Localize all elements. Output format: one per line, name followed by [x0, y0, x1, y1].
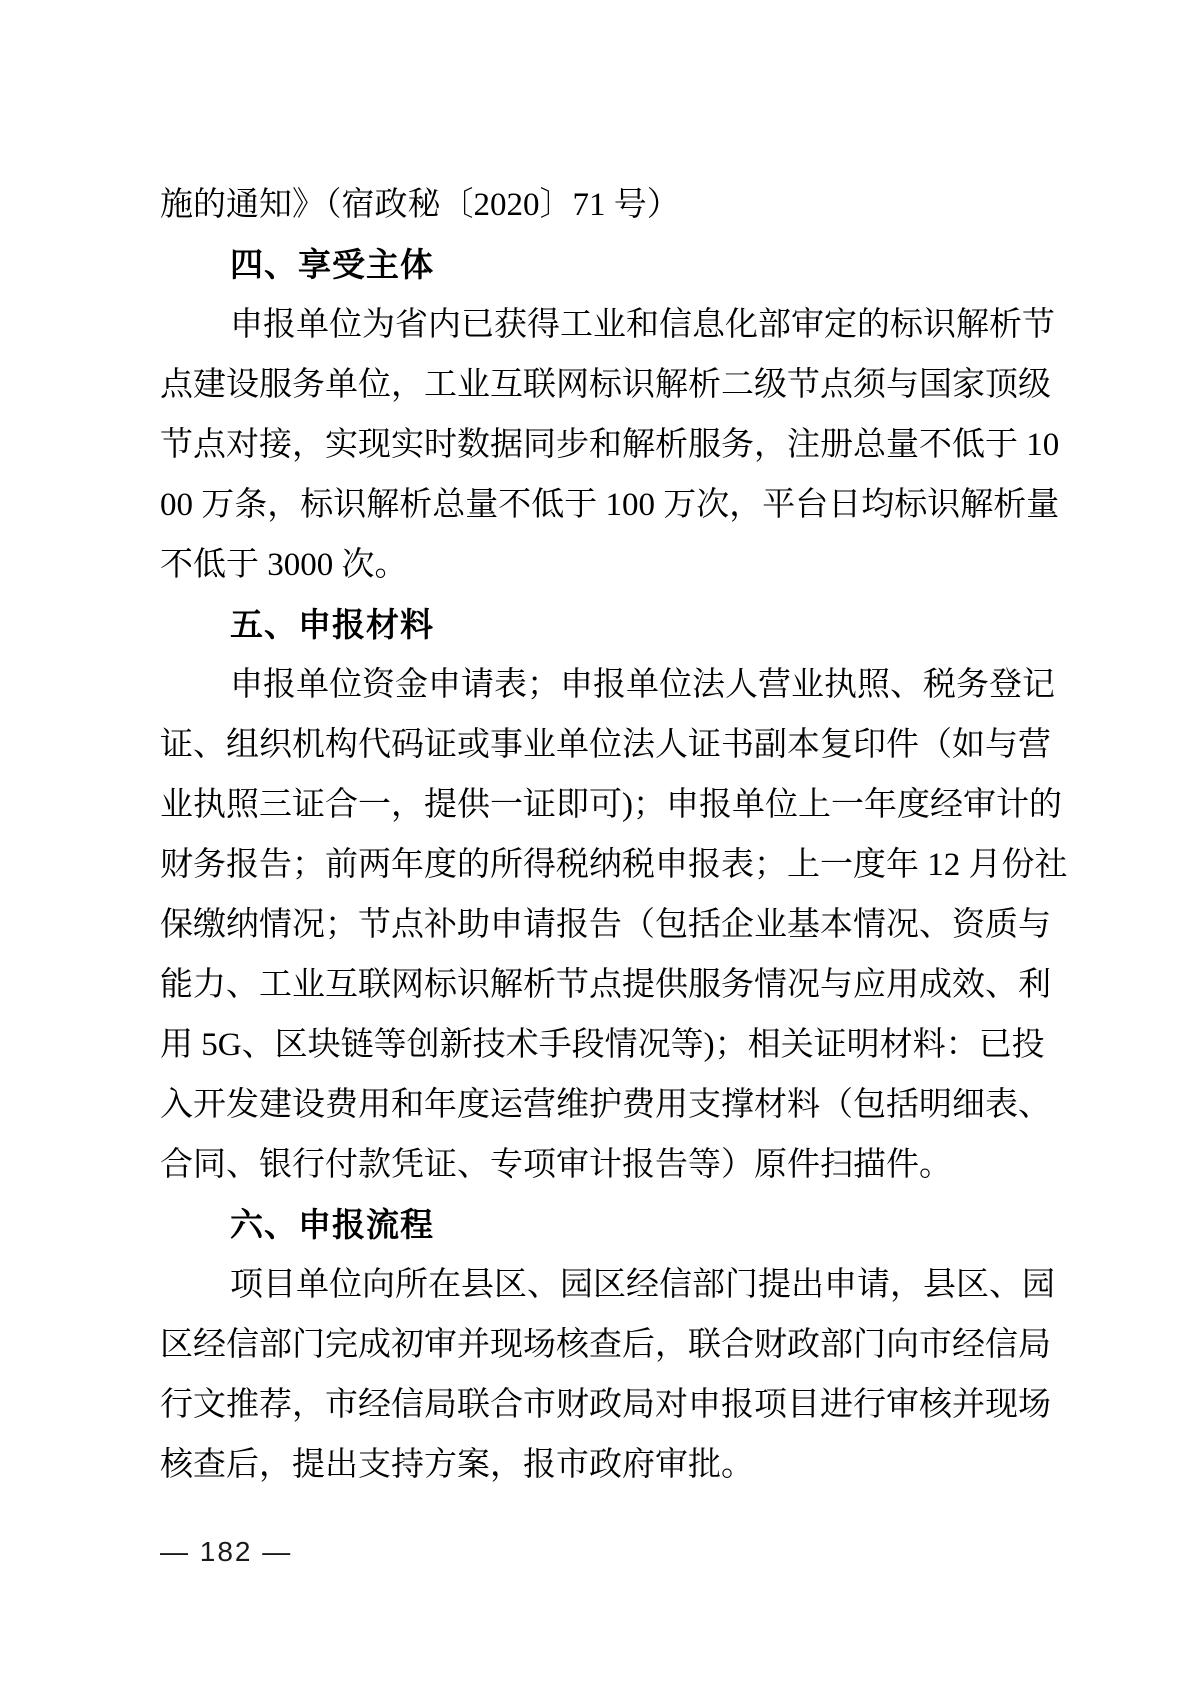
text-line: 保缴纳情况；节点补助申请报告（包括企业基本情况、资质与	[160, 895, 1030, 955]
section-heading: 六、申报流程	[160, 1195, 1030, 1255]
text-line: 申报单位资金申请表；申报单位法人营业执照、税务登记	[160, 655, 1030, 715]
document-page: 施的通知》（宿政秘〔2020〕71 号） 四、享受主体 申报单位为省内已获得工业…	[0, 0, 1190, 1683]
text-line: 入开发建设费用和年度运营维护费用支撑材料（包括明细表、	[160, 1075, 1030, 1135]
text-line: 区经信部门完成初审并现场核查后，联合财政部门向市经信局	[160, 1315, 1030, 1375]
page-number: — 182 —	[160, 1536, 292, 1567]
text-line: 能力、工业互联网标识解析节点提供服务情况与应用成效、利	[160, 955, 1030, 1015]
text-line: 合同、银行付款凭证、专项审计报告等）原件扫描件。	[160, 1135, 1030, 1195]
text-line: 财务报告；前两年度的所得税纳税申报表；上一度年 12 月份社	[160, 835, 1030, 895]
section-heading: 五、申报材料	[160, 595, 1030, 655]
text-line: 用 5G、区块链等创新技术手段情况等)；相关证明材料：已投	[160, 1015, 1030, 1075]
section-heading: 四、享受主体	[160, 235, 1030, 295]
text-line: 施的通知》（宿政秘〔2020〕71 号）	[160, 175, 1030, 235]
text-line: 行文推荐，市经信局联合市财政局对申报项目进行审核并现场	[160, 1375, 1030, 1435]
text-line: 业执照三证合一，提供一证即可)；申报单位上一年度经审计的	[160, 775, 1030, 835]
text-line: 不低于 3000 次。	[160, 535, 1030, 595]
text-line: 节点对接，实现实时数据同步和解析服务，注册总量不低于 10	[160, 415, 1030, 475]
text-line: 申报单位为省内已获得工业和信息化部审定的标识解析节	[160, 295, 1030, 355]
document-body: 施的通知》（宿政秘〔2020〕71 号） 四、享受主体 申报单位为省内已获得工业…	[160, 175, 1030, 1495]
text-line: 证、组织机构代码证或事业单位法人证书副本复印件（如与营	[160, 715, 1030, 775]
text-line: 项目单位向所在县区、园区经信部门提出申请，县区、园	[160, 1255, 1030, 1315]
text-line: 核查后，提出支持方案，报市政府审批。	[160, 1435, 1030, 1495]
page-footer: — 182 —	[160, 1528, 292, 1576]
text-line: 点建设服务单位，工业互联网标识解析二级节点须与国家顶级	[160, 355, 1030, 415]
text-line: 00 万条，标识解析总量不低于 100 万次，平台日均标识解析量	[160, 475, 1030, 535]
